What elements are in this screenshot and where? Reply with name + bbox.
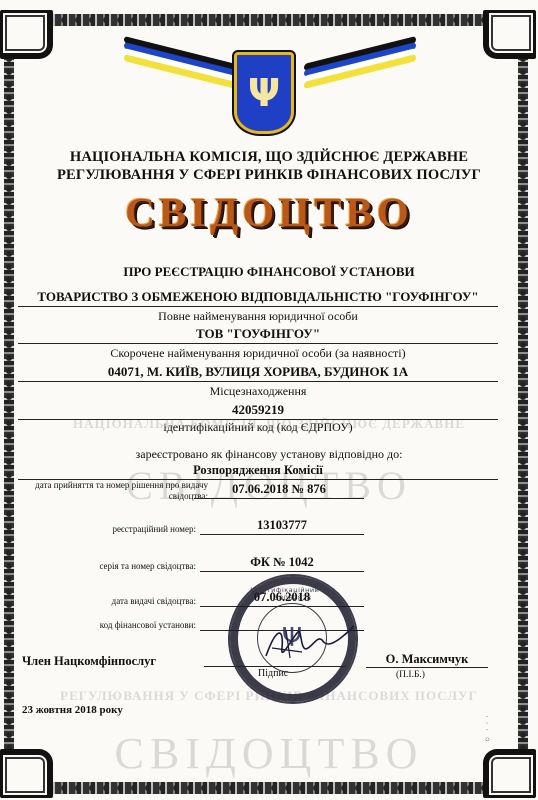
edrpou-caption: ідентифікаційний код (код ЄДРПОУ) xyxy=(18,420,498,435)
decision-label-line-1: дата прийняття та номер рішення про вида… xyxy=(35,480,208,491)
certificate-page: НАЦІОНАЛЬНА КОМІСІЯ, ЩО ЗДІЙСНЮЄ ДЕРЖАВН… xyxy=(0,0,538,800)
ornamental-border-bottom xyxy=(30,782,508,794)
handwritten-signature xyxy=(262,618,358,666)
issuing-authority: НАЦІОНАЛЬНА КОМІСІЯ, ЩО ЗДІЙСНЮЄ ДЕРЖАВН… xyxy=(20,148,518,184)
location-value: 04071, М. КИЇВ, ВУЛИЦЯ ХОРИВА, БУДИНОК 1… xyxy=(18,364,498,380)
signatory-name-box: О. Максимчук (П.І.Б.) xyxy=(366,652,488,680)
decision-row: дата прийняття та номер рішення про вида… xyxy=(18,480,498,510)
serial-mark: ○ · · · xyxy=(483,714,492,744)
edrpou-value: 42059219 xyxy=(18,402,498,418)
flag-ribbon-left xyxy=(124,36,236,92)
border-corner-bottom-right xyxy=(483,749,536,798)
state-emblem: Ψ xyxy=(120,38,420,134)
certificate-series-box: ФК № 1042 xyxy=(200,555,364,572)
ornamental-border-top xyxy=(30,14,508,26)
border-corner-top-right xyxy=(483,10,536,59)
flag-ribbon-right xyxy=(304,36,416,92)
underline xyxy=(200,571,364,572)
location-field: 04071, М. КИЇВ, ВУЛИЦЯ ХОРИВА, БУДИНОК 1… xyxy=(18,364,498,399)
underline xyxy=(194,498,364,499)
signatory-name-caption: (П.І.Б.) xyxy=(366,670,488,680)
short-name-caption: Скорочене найменування юридичної особи (… xyxy=(18,346,498,361)
document-title: СВІДОЦТВО xyxy=(20,186,518,238)
edrpou-field: 42059219 ідентифікаційний код (код ЄДРПО… xyxy=(18,402,498,435)
trident-icon: Ψ xyxy=(248,74,280,112)
short-name-value: ТОВ "ГОУФІНГОУ" xyxy=(18,326,498,342)
signatory-name: О. Максимчук xyxy=(366,652,488,666)
certificate-series-row: серія та номер свідоцтва: ФК № 1042 xyxy=(18,555,498,585)
decision-label-line-2: свідоцтва: xyxy=(35,491,208,502)
signature-line xyxy=(204,666,346,667)
underline xyxy=(366,667,488,668)
full-name-field: ТОВАРИСТВО З ОБМЕЖЕНОЮ ВІДПОВІДАЛЬНІСТЮ … xyxy=(18,289,498,324)
certificate-series-value: ФК № 1042 xyxy=(200,555,364,570)
institution-code-label: код фінансової установи: xyxy=(100,620,196,631)
underline xyxy=(18,306,498,307)
signatory-position: Член Нацкомфінпослуг xyxy=(22,654,156,669)
border-corner-bottom-left xyxy=(0,749,53,798)
full-name-caption: Повне найменування юридичної особи xyxy=(18,309,498,324)
signature-caption: Підпис xyxy=(258,668,288,679)
authority-line-2: РЕГУЛЮВАННЯ У СФЕРІ РИНКІВ ФІНАНСОВИХ ПО… xyxy=(20,166,518,184)
underline xyxy=(18,381,498,382)
issue-date-label: дата видачі свідоцтва: xyxy=(112,596,196,607)
registration-basis: Розпорядження Комісії xyxy=(18,462,498,480)
registration-basis-value: Розпорядження Комісії xyxy=(18,462,498,478)
decision-label: дата прийняття та номер рішення про вида… xyxy=(35,480,208,502)
short-name-field: ТОВ "ГОУФІНГОУ" Скорочене найменування ю… xyxy=(18,326,498,361)
decision-value-box: 07.06.2018 № 876 xyxy=(194,482,364,499)
registration-number-value: 13103777 xyxy=(200,518,364,533)
watermark-title: СВІДОЦТВО xyxy=(0,728,538,779)
decision-value: 07.06.2018 № 876 xyxy=(194,482,364,497)
border-corner-top-left xyxy=(0,10,53,59)
document-date: 23 жовтня 2018 року xyxy=(22,704,123,716)
location-caption: Місцезнаходження xyxy=(18,384,498,399)
registration-number-label: реєстраційний номер: xyxy=(112,524,196,535)
registration-note: зареєстровано як фінансову установу відп… xyxy=(20,447,518,462)
ornamental-border-left xyxy=(4,40,14,760)
underline xyxy=(200,534,364,535)
document-subtitle: ПРО РЕЄСТРАЦІЮ ФІНАНСОВОЇ УСТАНОВИ xyxy=(20,264,518,280)
full-name-value: ТОВАРИСТВО З ОБМЕЖЕНОЮ ВІДПОВІДАЛЬНІСТЮ … xyxy=(18,289,498,305)
certificate-series-label: серія та номер свідоцтва: xyxy=(99,561,196,572)
registration-number-box: 13103777 xyxy=(200,518,364,535)
coat-of-arms-shield: Ψ xyxy=(234,52,294,134)
registration-number-row: реєстраційний номер: 13103777 xyxy=(18,518,498,548)
underline xyxy=(18,343,498,344)
ornamental-border-right xyxy=(518,40,528,760)
authority-line-1: НАЦІОНАЛЬНА КОМІСІЯ, ЩО ЗДІЙСНЮЄ ДЕРЖАВН… xyxy=(20,148,518,166)
